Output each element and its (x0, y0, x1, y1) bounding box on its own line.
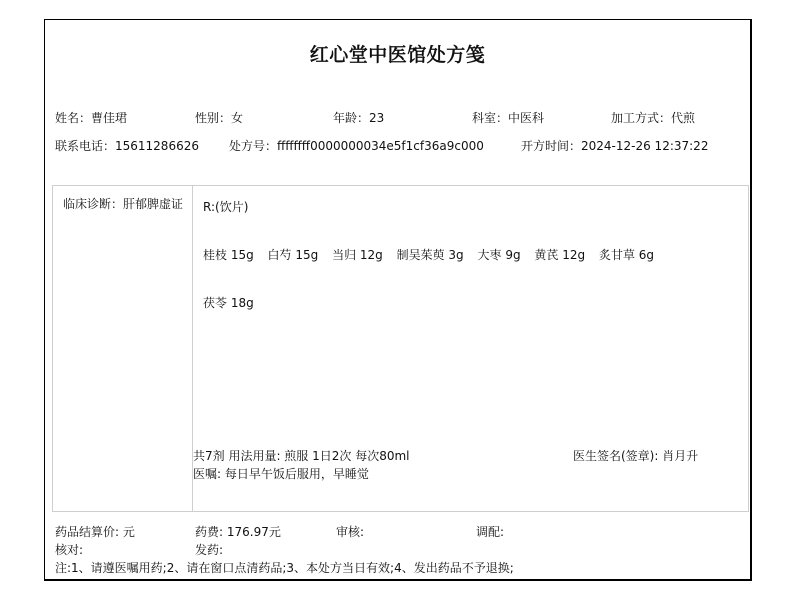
patient-age: 年龄：23 (333, 109, 384, 126)
check-label: 核对: (55, 541, 83, 558)
doctor-advice: 医嘱: 每日早午饭后服用，早睡觉 (193, 465, 410, 483)
rx-header: R:(饮片) (203, 198, 248, 215)
settlement-price: 药品结算价: 元 (55, 523, 135, 540)
drug-fee: 药费: 176.97元 (195, 523, 281, 540)
patient-phone: 联系电话：15611286626 (55, 137, 199, 154)
usage-dosage: 共7剂 用法用量: 煎服 1日2次 每次80ml (193, 447, 410, 465)
herb-item: 炙甘草 6g (599, 248, 654, 262)
footer-note: 注:1、请遵医嘱用药;2、请在窗口点清药品;3、本处方当日有效;4、发出药品不予… (55, 559, 514, 576)
processing-method: 加工方式：代煎 (611, 109, 695, 126)
prescription-time: 开方时间：2024-12-26 12:37:22 (521, 137, 708, 154)
herb-item: 白芍 15g (268, 248, 319, 262)
herb-item: 茯苓 18g (203, 296, 254, 310)
prescription-body: 临床诊断：肝郁脾虚证 R:(饮片) 桂枝 15g 白芍 15g 当归 12g 制… (52, 185, 749, 512)
herb-item: 桂枝 15g (203, 248, 254, 262)
clinical-diagnosis: 临床诊断：肝郁脾虚证 (63, 196, 187, 213)
dispense-prep-label: 调配: (476, 523, 504, 540)
department: 科室：中医科 (472, 109, 544, 126)
prescription-number: 处方号：ffffffff0000000034e5f1cf36a9c000 (229, 137, 484, 154)
page-title: 红心堂中医馆处方笺 (45, 40, 750, 67)
usage-block: 共7剂 用法用量: 煎服 1日2次 每次80ml 医嘱: 每日早午饭后服用，早睡… (193, 447, 410, 483)
patient-gender: 性别：女 (195, 109, 243, 126)
herb-item: 黄芪 12g (534, 248, 585, 262)
patient-name: 姓名：曹佳珺 (55, 109, 127, 126)
herb-list-2: 茯苓 18g (203, 294, 264, 311)
review-label: 审核: (336, 523, 364, 540)
herb-item: 当归 12g (332, 248, 383, 262)
issue-label: 发药: (195, 541, 223, 558)
prescription-sheet: 红心堂中医馆处方笺 姓名：曹佳珺 性别：女 年龄：23 科室：中医科 加工方式：… (44, 19, 752, 581)
herb-item: 大枣 9g (478, 248, 521, 262)
doctor-signature: 医生签名(签章): 肖月升 (573, 447, 703, 465)
herb-list: 桂枝 15g 白芍 15g 当归 12g 制吴茱萸 3g 大枣 9g 黄芪 12… (203, 246, 664, 263)
herb-item: 制吴茱萸 3g (397, 248, 464, 262)
